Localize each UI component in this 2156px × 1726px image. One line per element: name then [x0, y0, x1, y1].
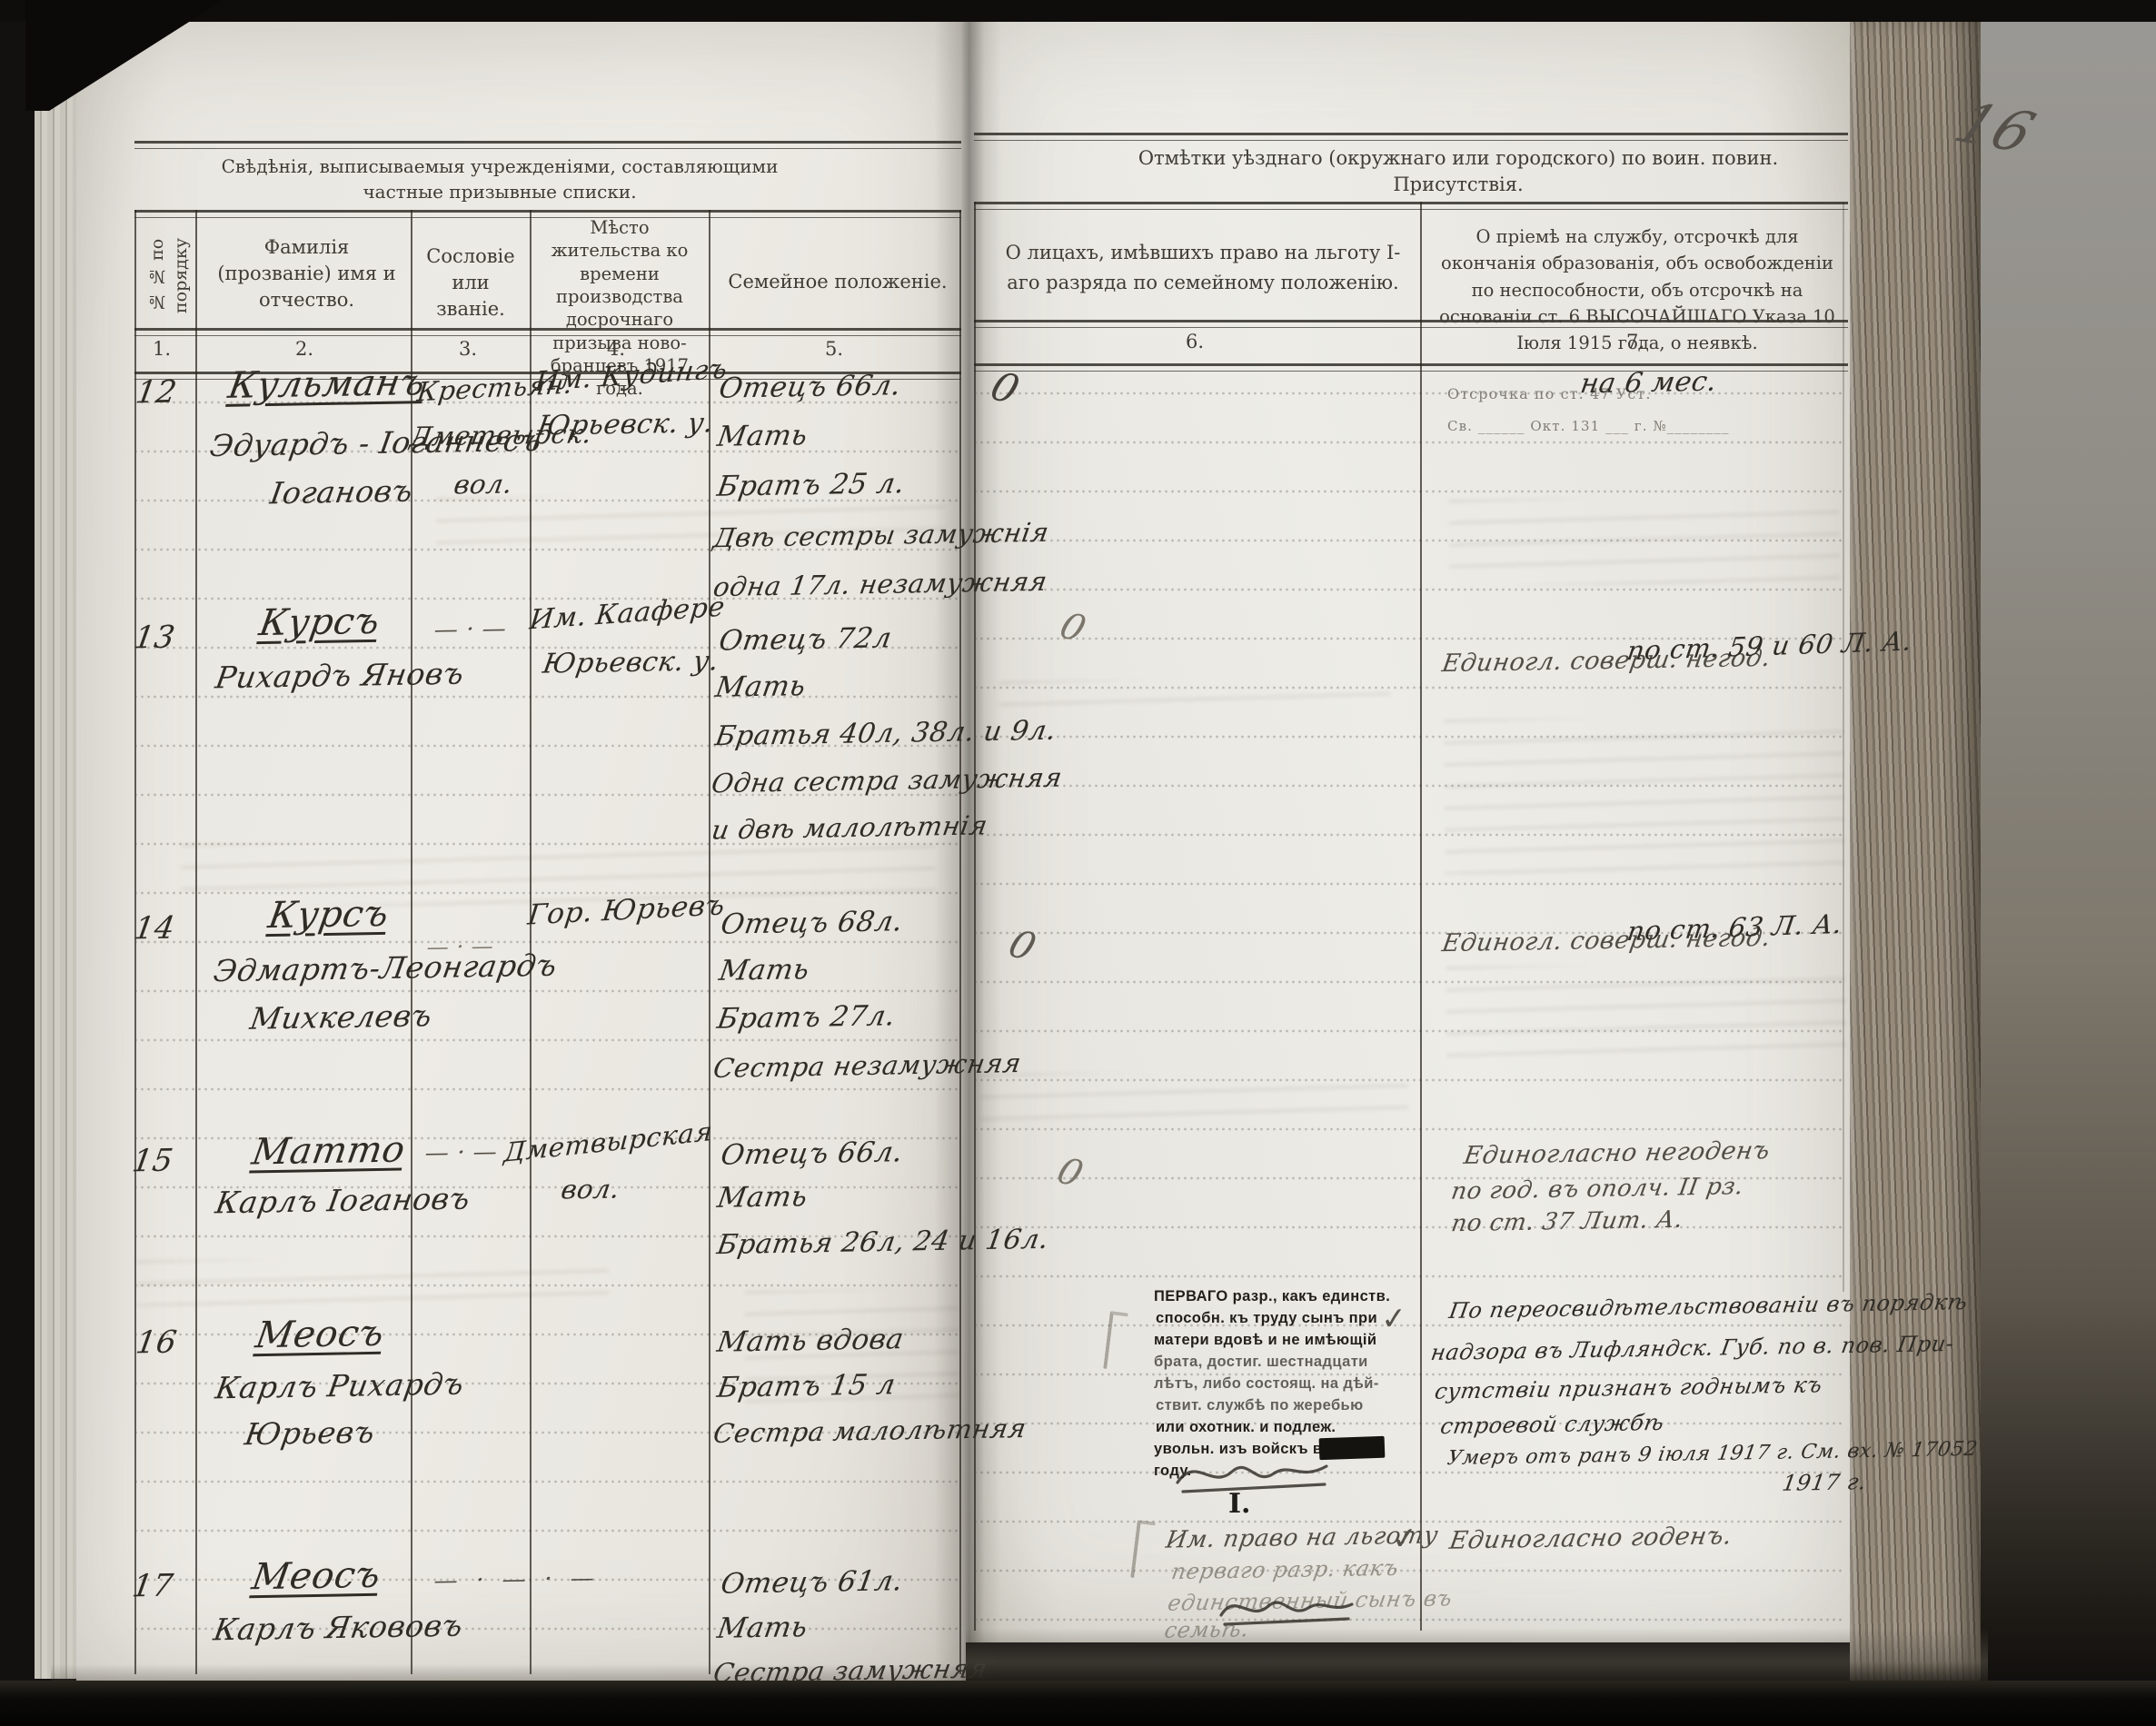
row15-resolution: по год. въ ополч. II рз. [1449, 1173, 1745, 1205]
row12-patronymic: Іогановъ [268, 473, 416, 511]
row12-family: одна 17л. незамужняя [711, 566, 1049, 602]
col5-header: Семейное положеніе. [718, 269, 958, 295]
row12-estate: вол. [452, 468, 515, 500]
signature-flourish [1172, 1452, 1340, 1495]
col6-number: 6. [1186, 331, 1204, 352]
row15-number: 15 [130, 1143, 176, 1180]
row12-family: Братъ 25 л. [715, 467, 908, 503]
ink-blot [1319, 1436, 1386, 1460]
right-section-title: Отмѣтки уѣзднаго (окружнаго или городско… [1095, 145, 1822, 198]
col5-number: 5. [825, 338, 843, 360]
row15-family: Отецъ 66л. [719, 1136, 906, 1171]
row16-privilege-stamp: ствит. службѣ по жеребью [1156, 1397, 1364, 1414]
col2-header: Фамилія (прозваніе) имя и отчество. [209, 234, 404, 313]
col3-header: Сословіе или званіе. [416, 243, 525, 322]
column-line [959, 210, 961, 1674]
col6-header: О лицахъ, имѣвшихъ право на льготу I-аго… [990, 238, 1416, 297]
row15-residence: вол. [559, 1173, 622, 1205]
row12-deferment-hand: на 6 мес. [1578, 366, 1719, 401]
row13-surname: Курсъ [256, 600, 383, 644]
row12-family: Отецъ 66л. [717, 369, 904, 404]
row12-certificate-stamp: Св. ______ Окт. 131 ___ г. №________ [1447, 418, 1730, 434]
row16-privilege-stamp: брата, достиг. шестнадцати [1154, 1354, 1368, 1371]
row14-surname: Курсъ [265, 893, 392, 937]
row16-patronymic: Юрьевъ [243, 1414, 378, 1452]
row14-family: Мать [717, 953, 812, 987]
row12-number: 12 [134, 374, 180, 412]
rule [134, 141, 961, 149]
row13-residence: Юрьевск. у. [541, 645, 721, 679]
row17-privilege-note: перваго разр. какъ [1169, 1555, 1400, 1584]
column-line [1420, 202, 1422, 1631]
row16-privilege-stamp: матери вдовѣ и не имѣющій [1154, 1332, 1376, 1349]
row14-family: Отецъ 68л. [719, 905, 906, 940]
row16-number: 16 [134, 1324, 180, 1362]
row16-surname: Меосъ [253, 1313, 387, 1356]
row16-privilege-stamp: лѣтъ, либо состоящ. на дѣй- [1154, 1375, 1379, 1393]
row13-family: Одна сестра замужняя [710, 762, 1065, 799]
photo-background-right [1981, 0, 2156, 1726]
row17-resolution: Единогласно годенъ. [1447, 1522, 1734, 1554]
row17-family: Отецъ 61л. [719, 1564, 906, 1600]
rule [974, 202, 1848, 210]
col3-number: 3. [459, 338, 477, 360]
col7-number: 7. [1626, 331, 1644, 352]
row16-family: Мать вдова [715, 1323, 907, 1359]
row13-family: Отецъ 72л [717, 621, 894, 657]
row13-family: Мать [713, 670, 809, 704]
row16-privilege-stamp: или охотник. и подлеж. [1156, 1419, 1336, 1436]
dotted-guides-right [976, 382, 1844, 1628]
row16-privilege-stamp: ПЕРВАГО разр., какъ единств. [1154, 1288, 1390, 1305]
rule [974, 133, 1848, 141]
row16-family: Сестра малолѣтняя [711, 1413, 1028, 1449]
row15-estate-ditto: — · — [423, 1138, 500, 1166]
row17-privilege-numeral-stamp: I. [1228, 1488, 1250, 1520]
left-section-title: Свѣдѣнія, выписываемыя учрежденіями, сос… [182, 154, 818, 204]
row16-name: Карлъ Рихардъ [214, 1366, 467, 1406]
row15-resolution: по ст. 37 Лит. А. [1449, 1206, 1684, 1237]
row15-surname: Матто [249, 1129, 408, 1174]
row17-family: Мать [715, 1611, 810, 1645]
row17-name: Карлъ Якововъ [212, 1608, 466, 1648]
row14-patronymic: Михкелевъ [248, 997, 435, 1036]
row14-name: Эдмартъ-Леонгардъ [211, 947, 560, 989]
row16-family: Братъ 15 л [715, 1368, 898, 1404]
row14-family: Братъ 27л. [715, 999, 898, 1035]
row17-estate-ditto: — · — · — [432, 1564, 601, 1594]
row14-family: Сестра незамужняя [711, 1047, 1024, 1084]
row15-name: Карлъ Іогановъ [213, 1181, 472, 1221]
ledger-photo: Свѣдѣнія, выписываемыя учрежденіями, сос… [0, 0, 2156, 1726]
col1-number: 1. [153, 338, 171, 360]
row16-privilege-stamp: способн. къ труду сынъ при [1156, 1310, 1377, 1327]
row17-surname: Меосъ [249, 1554, 383, 1598]
row15-family: Братья 26л, 24 и 16л. [715, 1224, 1051, 1261]
checkmark-pen-mark: ✓ [1380, 1300, 1408, 1338]
checkmark-pen-mark: ✓ [1391, 1520, 1419, 1558]
column-line [195, 210, 197, 1674]
row13-estate-ditto: — · — [432, 615, 509, 643]
row12-residence: Юрьевск. у. [535, 407, 716, 441]
book-fore-edge [1850, 7, 1988, 1682]
row12-family: Двѣ сестры замужнія [711, 517, 1051, 553]
page-bottom-shadow [966, 1628, 1988, 1684]
col4-number: 4. [607, 338, 625, 360]
row16-resolution: строевой службѣ [1438, 1410, 1665, 1439]
row12-family: Мать [715, 419, 810, 453]
row17-number: 17 [130, 1568, 176, 1605]
row14-estate-ditto: — · — [425, 933, 496, 959]
row15-resolution: Единогласно негоденъ [1462, 1136, 1772, 1170]
row15-family: Мать [715, 1180, 810, 1215]
row14-number: 14 [132, 910, 178, 947]
col2-number: 2. [295, 338, 313, 360]
photo-top-shadow [0, 0, 2156, 22]
row13-number: 13 [132, 620, 178, 657]
signature-flourish [1216, 1588, 1361, 1630]
photo-bottom-band [0, 1681, 2156, 1726]
row13-family: Братья 40л, 38л. и 9л. [713, 715, 1058, 753]
row13-name: Рихардъ Яновъ [214, 656, 467, 696]
column-line [1843, 202, 1844, 1292]
row16-resolution: 1917 г. [1781, 1469, 1869, 1496]
col1-header: № № по порядку [145, 223, 193, 327]
row12-surname: Кульманъ [225, 362, 428, 407]
row13-family: и двѣ малолѣтнія [710, 809, 990, 845]
